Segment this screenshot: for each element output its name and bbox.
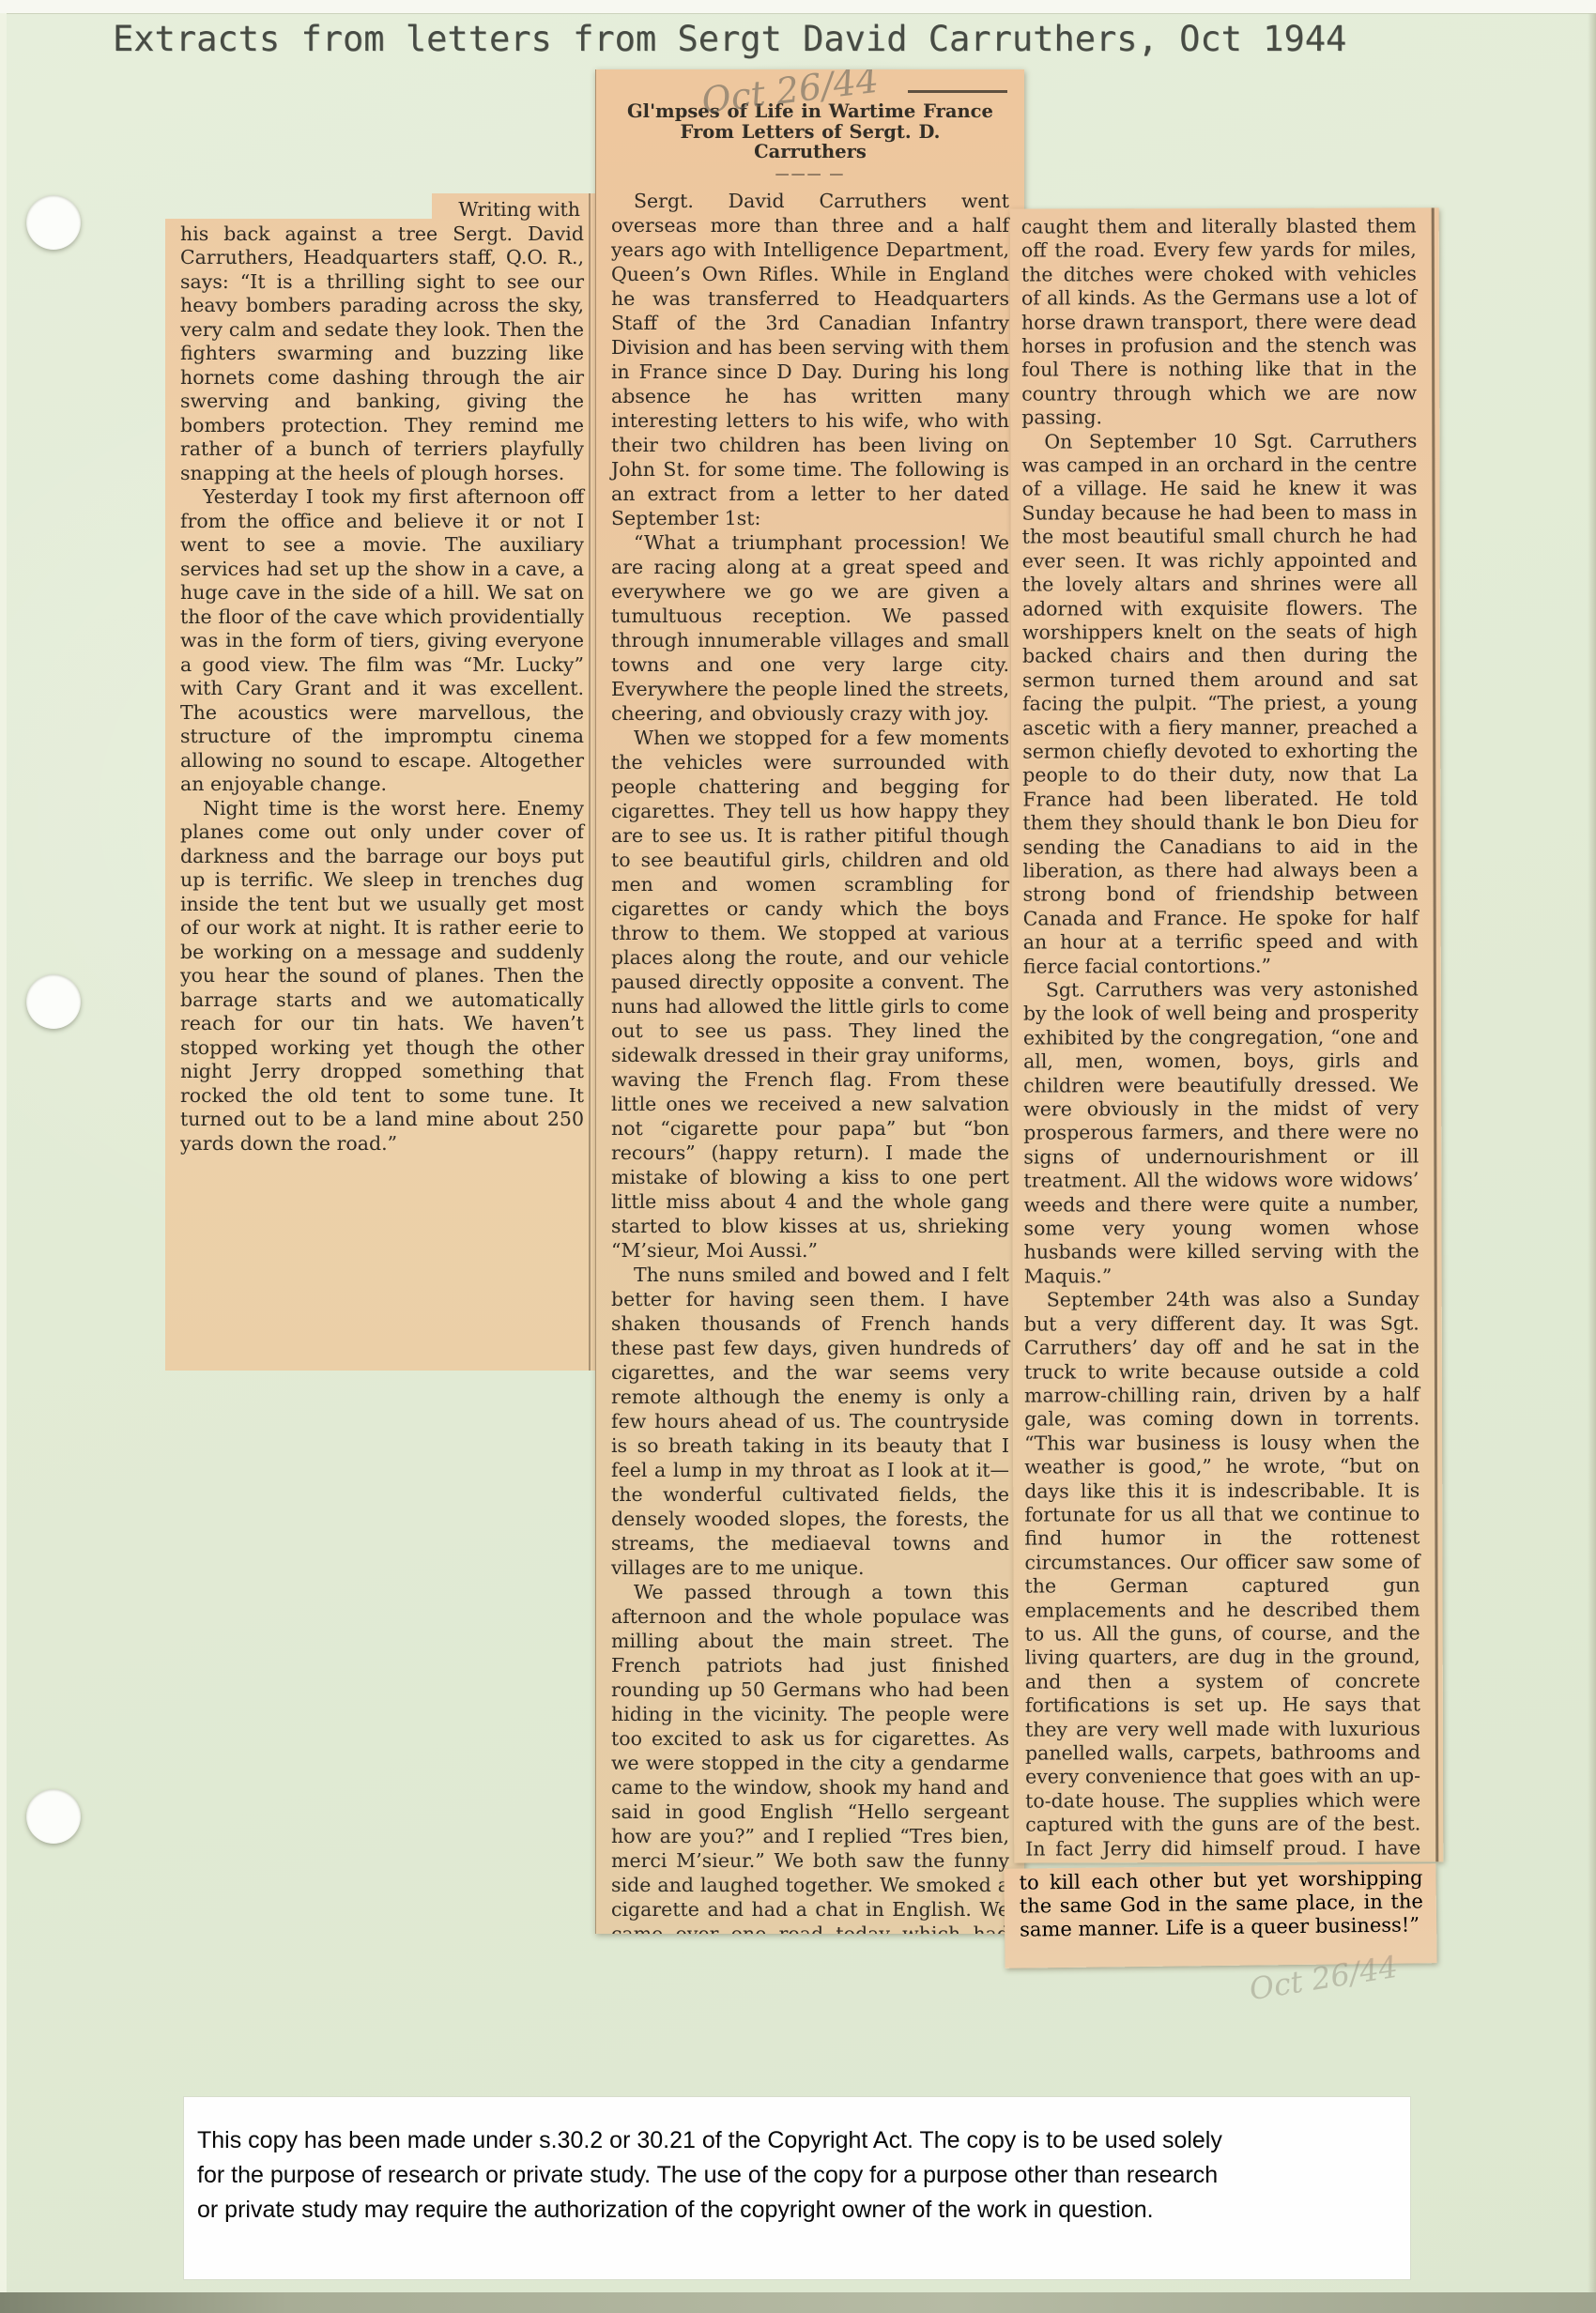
clipping-right-bottom-strip: to kill each other but yet worshipping t… [1004, 1863, 1436, 1968]
punch-hole [26, 1789, 81, 1844]
page-title: Extracts from letters from Sergt David C… [113, 19, 1427, 59]
clipping-headline: Gl'mpses of Life in Wartime France From … [602, 101, 1019, 162]
headline-line: Carruthers [602, 142, 1019, 162]
paragraph: caught them and literally blasted them o… [1021, 214, 1418, 430]
paragraph: to kill each other but yet worshipping t… [1004, 1863, 1436, 1942]
scan-edge-bottom [0, 2292, 1596, 2313]
punch-hole [26, 195, 81, 250]
copyright-notice-box: This copy has been made under s.30.2 or … [184, 2097, 1410, 2279]
clipping-middle: Oct 26/44 Gl'mpses of Life in Wartime Fr… [595, 69, 1024, 1934]
clipping-left-body: Writing with his back against a tree Ser… [165, 193, 608, 1156]
clipping-middle-body: Sergt. David Carruthers went overseas mo… [596, 183, 1024, 1935]
clipping-right: caught them and literally blasted them o… [1010, 207, 1444, 1862]
paragraph: On September 10 Sgt. Carruthers was camp… [1021, 429, 1419, 978]
scrapbook-page: Extracts from letters from Sergt David C… [0, 0, 1596, 2313]
headline-line: From Letters of Sergt. D. [602, 122, 1019, 143]
headline-top-rule [908, 90, 1007, 93]
paragraph: his back against a tree Sergt. David Car… [180, 222, 584, 486]
headline-line: Gl'mpses of Life in Wartime France [602, 101, 1019, 122]
paragraph: Yesterday I took my first afternoon off … [180, 485, 584, 797]
paragraph: Sgt. Carruthers was very astonished by t… [1023, 977, 1420, 1288]
clipping-left-first-line: Writing with [180, 198, 584, 222]
punch-hole [26, 974, 81, 1029]
scan-edge-top [0, 0, 1596, 14]
paragraph: “What a triumphant procession! We are ra… [611, 530, 1009, 726]
headline-divider: ——— — [596, 167, 1024, 180]
paragraph: We passed through a town this afternoon … [611, 1580, 1009, 1935]
copyright-notice-text: This copy has been made under s.30.2 or … [184, 2097, 1410, 2228]
paragraph: September 24th was also a Sunday but a v… [1024, 1288, 1421, 1863]
paragraph: The nuns smiled and bowed and I felt bet… [611, 1263, 1009, 1580]
paragraph: Night time is the worst here. Enemy plan… [180, 797, 584, 1156]
clipping-right-body: caught them and literally blasted them o… [1010, 207, 1444, 1862]
scan-edge-right [1588, 13, 1596, 2292]
paragraph: Sergt. David Carruthers went overseas mo… [611, 189, 1009, 530]
scan-edge-left [0, 13, 7, 2292]
paragraph: When we stopped for a few moments the ve… [611, 726, 1009, 1263]
column-rule [589, 193, 591, 1371]
clipping-left: Writing with his back against a tree Ser… [165, 193, 608, 1371]
